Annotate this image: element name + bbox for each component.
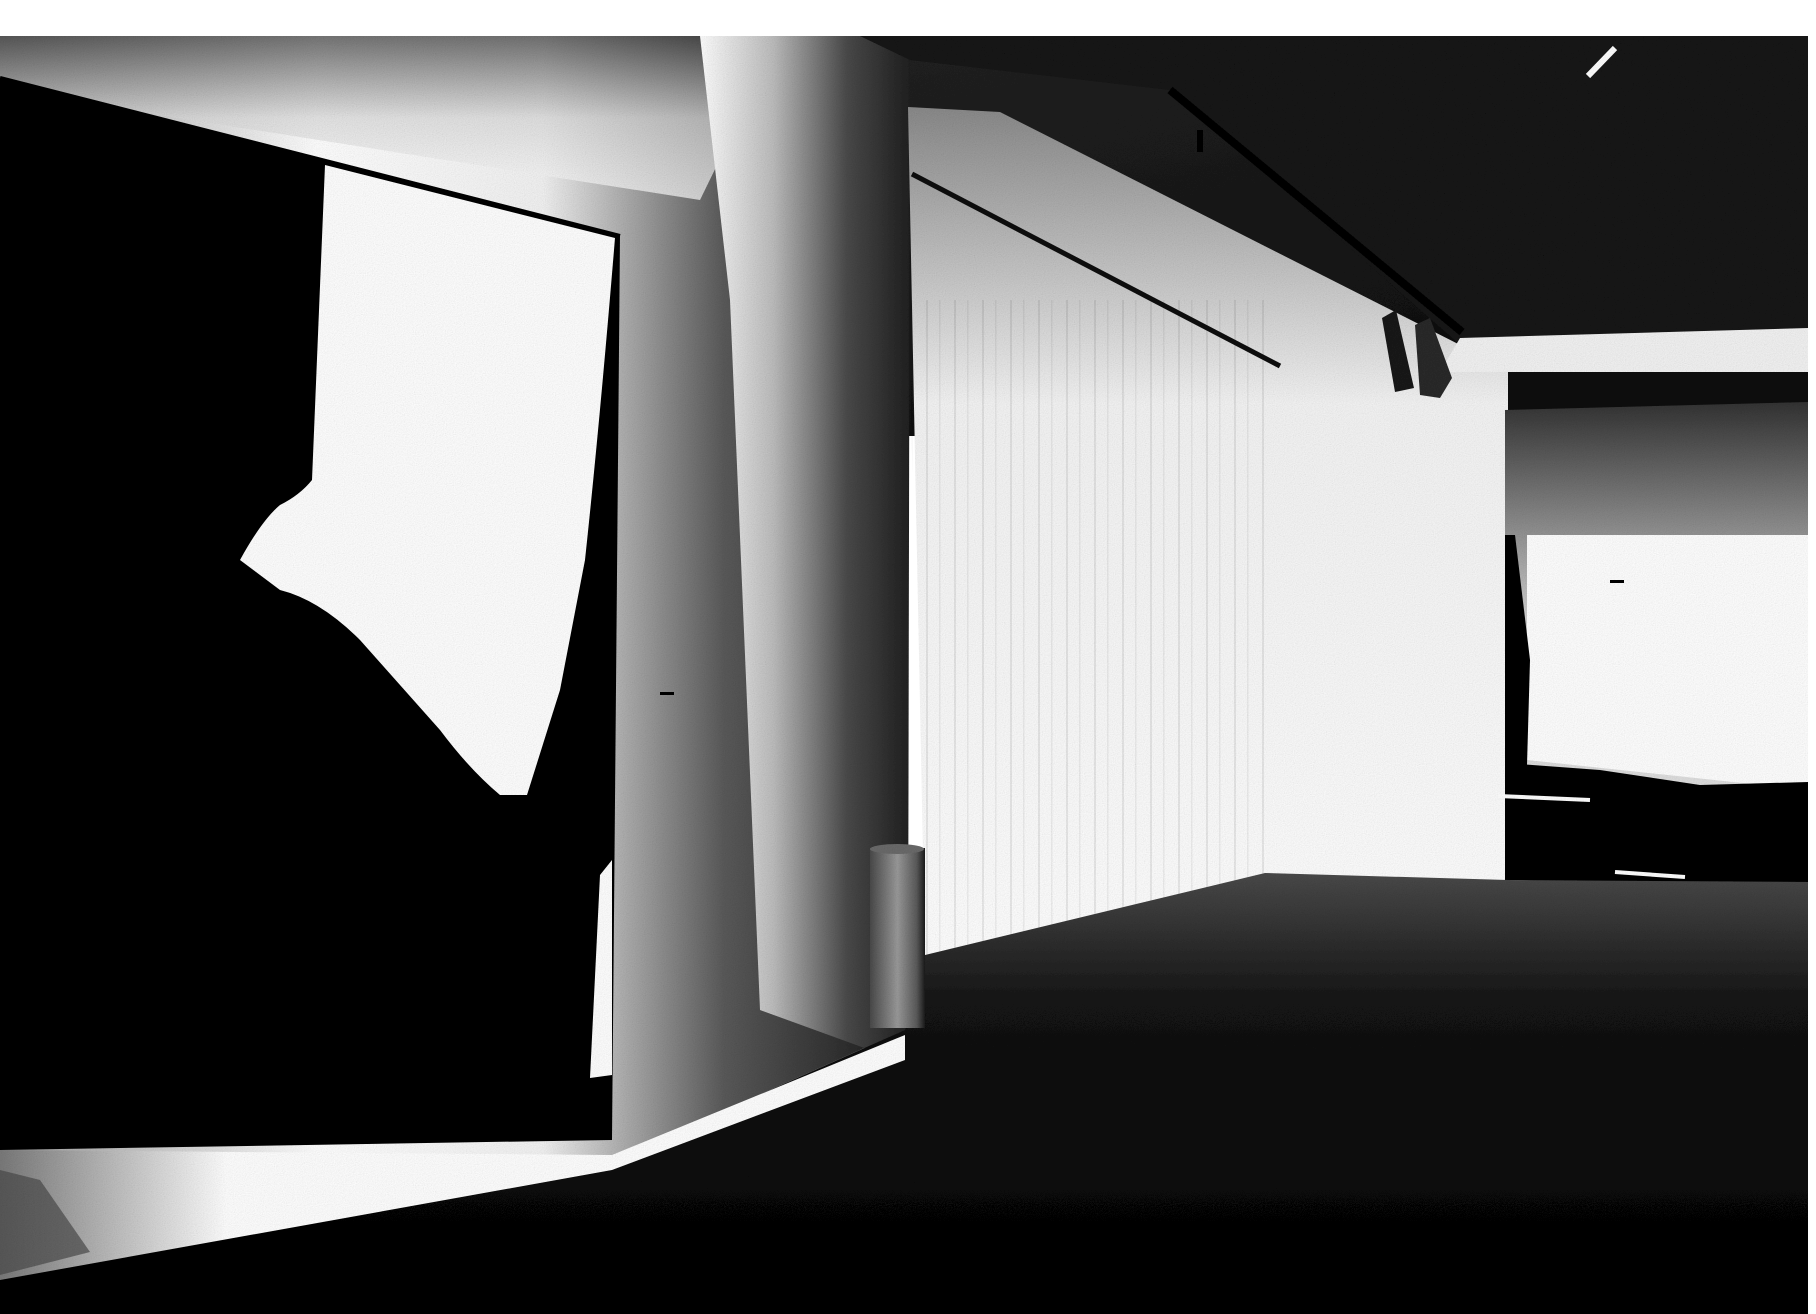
doorway-mark [1610,580,1624,583]
wall-label [660,692,674,695]
cylinder-object [870,844,925,1028]
ceiling-hook [1197,130,1203,152]
gallery-photograph [0,0,1816,1314]
right-canvas [1527,535,1808,790]
photo-content [0,36,1808,1314]
partition-stripes [908,300,1270,955]
right-margin [1808,0,1816,1314]
top-margin [0,0,1816,36]
